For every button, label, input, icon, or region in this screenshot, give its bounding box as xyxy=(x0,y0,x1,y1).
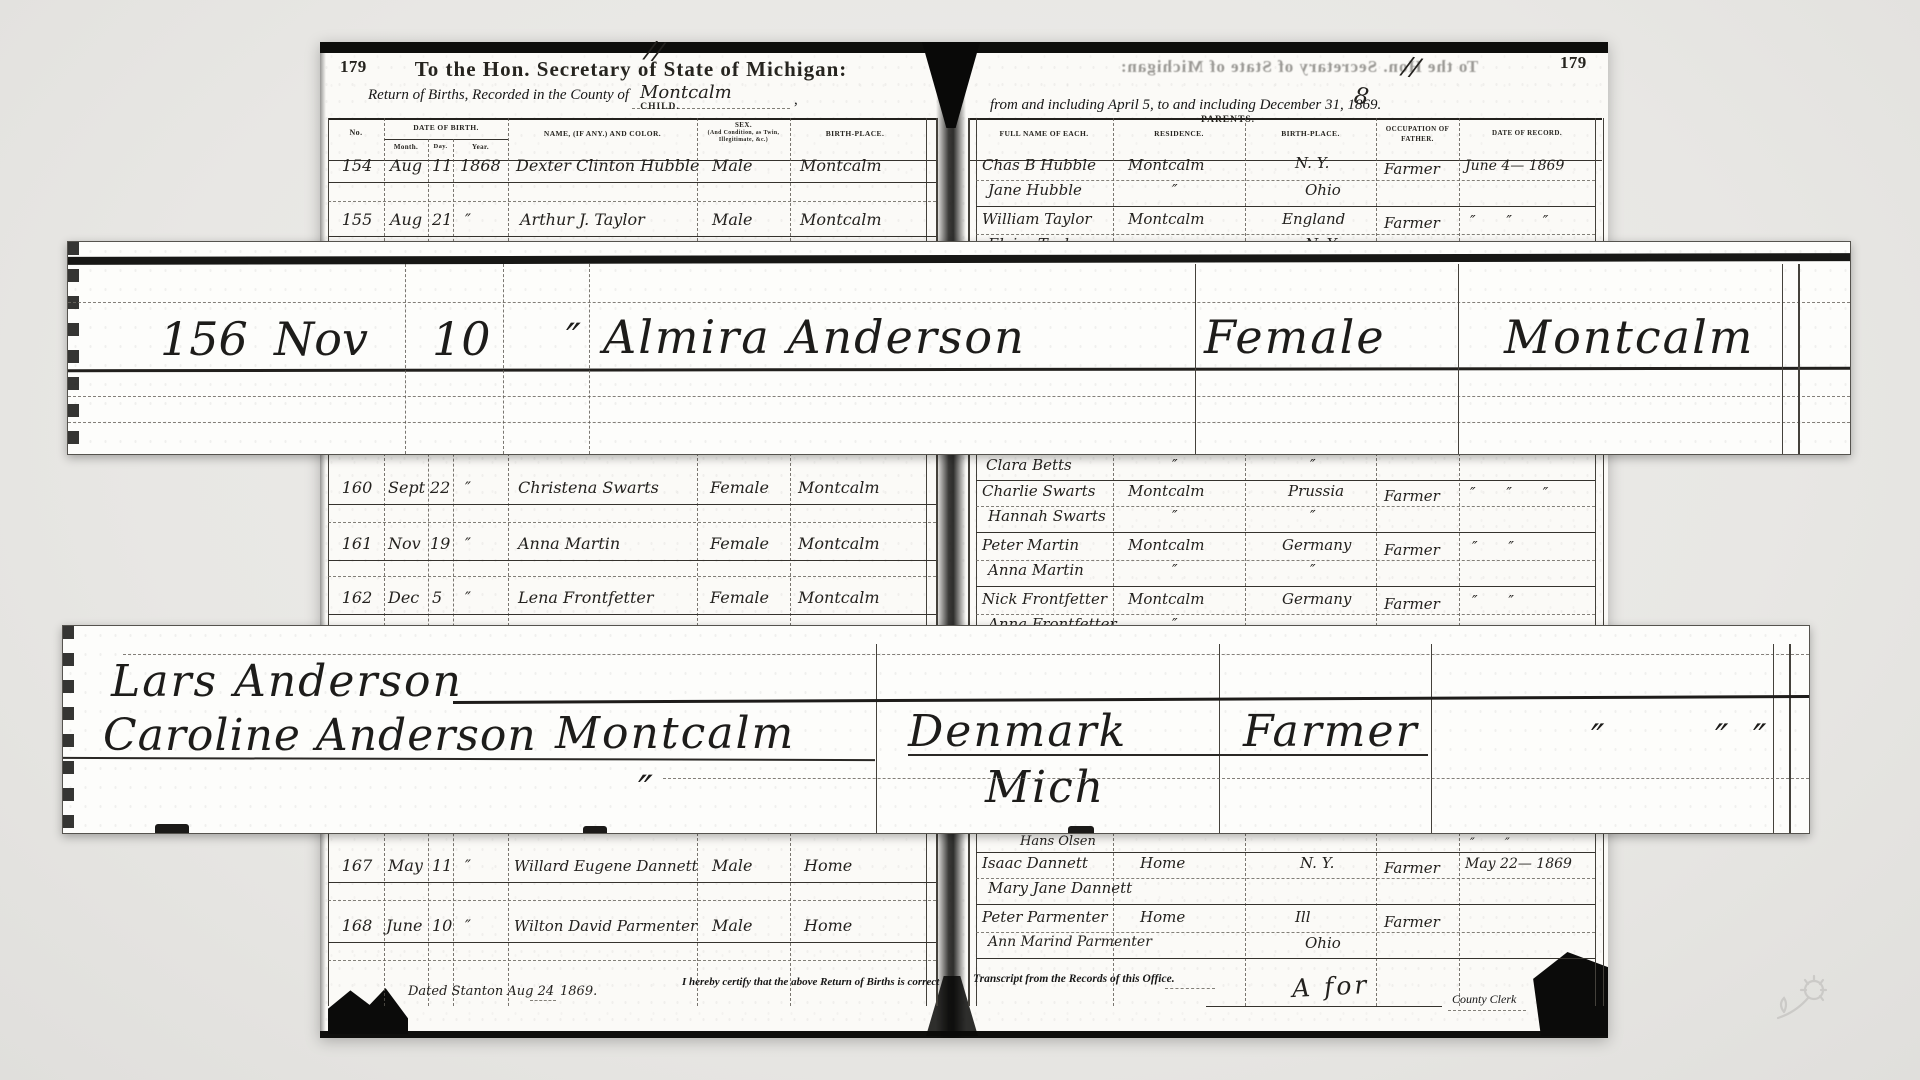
row-161-birthplace-m: ″ xyxy=(1310,561,1316,579)
row-162-occupation: Farmer xyxy=(1384,595,1440,613)
col-header-sex-2: (And Condition, as Twin, xyxy=(697,130,790,136)
rule-line xyxy=(976,614,1595,615)
row-155-month: Aug xyxy=(390,210,422,229)
strip2-record-q3: ″ xyxy=(1753,718,1766,759)
col-header-no: No. xyxy=(328,128,384,137)
row-167-residence-f: Home xyxy=(1140,854,1185,872)
strip2-residence-ditto: ″ xyxy=(638,768,653,814)
right-page-number: 179 xyxy=(1560,53,1587,73)
row-155-birthplace: Montcalm xyxy=(800,210,882,229)
row-168-year: ″ xyxy=(465,916,471,935)
row-162-month: Dec xyxy=(388,588,419,607)
row-166-record: ″ ″ xyxy=(1470,836,1510,851)
book-fold-top-wedge xyxy=(918,42,984,128)
col-header-day: Day. xyxy=(428,143,453,150)
row-168-name: Wilton David Parmenter xyxy=(514,917,697,935)
rule-line xyxy=(328,560,936,561)
row-154-month: Aug xyxy=(390,156,422,175)
row-168-birthplace: Home xyxy=(804,916,852,935)
row-160-sex: Female xyxy=(710,478,769,497)
magnifier-strip-child-row: 156 Nov 10 ″ Almira Anderson Female Mont… xyxy=(67,241,1851,455)
row-161-year: ″ xyxy=(465,534,471,553)
strip2-record-q2: ″ xyxy=(1715,718,1728,759)
strip1-month: Nov xyxy=(274,312,368,366)
row-162-record: ″ ″ xyxy=(1472,592,1514,610)
row-160-residence-f: Montcalm xyxy=(1128,482,1204,500)
row-167-month: May xyxy=(388,856,423,875)
clerk-label: County Clerk xyxy=(1452,992,1516,1007)
row-160-name: Christena Swarts xyxy=(518,478,659,497)
row-160-year: ″ xyxy=(465,478,471,497)
left-page-title: To the Hon. Secretary of State of Michig… xyxy=(348,57,914,82)
row-168-sex: Male xyxy=(712,916,753,935)
row-154-day: 11 xyxy=(432,156,452,175)
row-168-birthplace-f: Ill xyxy=(1295,908,1311,926)
rule-line xyxy=(976,532,1595,533)
register-document: 179 // To the Hon. Secretary of State of… xyxy=(320,42,1608,1038)
rule-line xyxy=(976,586,1595,587)
rule-line xyxy=(328,942,936,943)
rule-line xyxy=(530,1000,556,1001)
row-161-record: ″ ″ xyxy=(1472,538,1514,556)
dated-year: 1869. xyxy=(560,984,597,999)
row-167-record: May 22— 1869 xyxy=(1465,856,1572,872)
strip2-father: Lars Anderson xyxy=(111,656,463,707)
col-header-fullname: FULL NAME OF EACH. xyxy=(975,129,1113,138)
rule-line xyxy=(908,754,1428,756)
row-160-birthplace-f: Prussia xyxy=(1288,482,1344,500)
rule-line xyxy=(328,900,936,901)
row-162-birthplace-f: Germany xyxy=(1282,590,1351,608)
row-161-month: Nov xyxy=(388,534,421,553)
binding-edge-marks xyxy=(63,626,74,833)
row-154-mother: Jane Hubble xyxy=(988,181,1082,199)
row-167-day: 11 xyxy=(432,856,452,875)
dated-script: Dated Stanton Aug 24 xyxy=(408,984,554,999)
row-159-residence-m: ″ xyxy=(1172,456,1178,474)
col-header-residence: RESIDENCE. xyxy=(1113,129,1245,138)
return-line-prefix: Return of Births, Recorded in the County… xyxy=(368,87,629,104)
magnifier-strip-parents-row: Lars Anderson Caroline Anderson Montcalm… xyxy=(62,625,1810,834)
row-161-residence-m: ″ xyxy=(1172,561,1178,579)
row-168-residence-f: Home xyxy=(1140,908,1185,926)
row-154-name: Dexter Clinton Hubble xyxy=(516,156,700,175)
row-154-birthplace-f: N. Y. xyxy=(1295,154,1329,172)
rule-line xyxy=(976,904,1595,905)
rule-line xyxy=(976,180,1595,181)
rule-line xyxy=(663,778,1809,779)
row-162-year: ″ xyxy=(465,588,471,607)
row-154-occupation: Farmer xyxy=(1384,160,1440,178)
book-fold-band xyxy=(936,42,966,1038)
rule-line xyxy=(68,422,1850,423)
rule-line xyxy=(328,182,936,183)
rule-line xyxy=(68,367,1850,372)
row-168-father: Peter Parmenter xyxy=(982,908,1108,926)
row-160-month: Sept xyxy=(388,478,425,497)
rule-line xyxy=(968,118,1602,120)
row-168-birthplace-m: Ohio xyxy=(1305,934,1341,952)
grid-line xyxy=(1219,644,1220,833)
row-167-occupation: Farmer xyxy=(1384,859,1440,877)
row-162-no: 162 xyxy=(330,588,384,607)
row-154-record: June 4— 1869 xyxy=(1465,158,1564,174)
col-header-occupation-2: FATHER. xyxy=(1376,135,1459,143)
rule-line xyxy=(68,302,1850,303)
row-168-mother: Ann Marind Parmenter xyxy=(988,934,1152,950)
strip2-record-q1: ″ xyxy=(1591,718,1604,759)
col-header-dob: DATE OF BIRTH. xyxy=(384,123,508,132)
row-160-birthplace-m: ″ xyxy=(1310,507,1316,525)
strip1-year-ditto: ″ xyxy=(566,316,581,362)
scan-blob-bottom-right xyxy=(1530,952,1608,1036)
parents-section-label: PARENTS. xyxy=(1178,115,1278,125)
strip2-mother: Caroline Anderson xyxy=(103,710,537,761)
strip2-birthplace-mother: Mich xyxy=(985,762,1105,813)
rule-line xyxy=(976,480,1595,481)
row-155-no: 155 xyxy=(330,210,384,229)
row-161-residence-f: Montcalm xyxy=(1128,536,1204,554)
row-167-birthplace-f: N. Y. xyxy=(1300,854,1334,872)
grid-line xyxy=(876,644,877,833)
strip1-day: 10 xyxy=(432,312,491,366)
rule-line xyxy=(976,958,1595,959)
strip1-sex: Female xyxy=(1204,310,1386,364)
date-range-line: from and including April 5, to and inclu… xyxy=(990,97,1381,114)
col-header-year: Year. xyxy=(453,143,508,151)
col-header-occupation-1: OCCUPATION OF xyxy=(1376,125,1459,133)
row-162-name: Lena Frontfetter xyxy=(518,588,654,607)
rule-line xyxy=(976,234,1595,235)
row-155-year: ″ xyxy=(465,210,471,229)
row-167-no: 167 xyxy=(330,856,384,875)
row-162-sex: Female xyxy=(710,588,769,607)
grid-line xyxy=(503,264,504,454)
cutoff-stroke xyxy=(1068,826,1094,833)
rule-line xyxy=(453,695,1809,703)
rule-line xyxy=(976,206,1595,207)
row-168-day: 10 xyxy=(432,916,452,935)
row-161-father: Peter Martin xyxy=(982,536,1079,554)
grid-line xyxy=(1195,264,1196,454)
rule-line xyxy=(328,236,936,237)
rule-line xyxy=(123,654,1809,655)
row-161-name: Anna Martin xyxy=(518,534,620,553)
watermark-leaf-ornament-icon xyxy=(1770,968,1832,1026)
row-168-month: June xyxy=(386,916,423,935)
scan-blob-bottom-left xyxy=(328,978,408,1034)
row-155-father: William Taylor xyxy=(982,210,1092,228)
row-154-birthplace: Montcalm xyxy=(800,156,882,175)
child-section-label: CHILD. xyxy=(615,102,705,112)
county-name-script: Montcalm xyxy=(640,82,732,103)
row-155-birthplace-f: England xyxy=(1282,210,1345,228)
rule-line xyxy=(976,878,1595,879)
rule-line xyxy=(328,576,936,577)
rule-line xyxy=(328,118,936,120)
row-159-mother: Clara Betts xyxy=(986,456,1072,474)
rule-line xyxy=(976,560,1595,561)
row-167-mother: Mary Jane Dannett xyxy=(988,879,1132,897)
rule-line xyxy=(384,139,508,140)
row-161-mother: Anna Martin xyxy=(988,561,1084,579)
row-161-no: 161 xyxy=(330,534,384,553)
grid-line xyxy=(1789,644,1791,833)
col-header-name: NAME, (IF ANY.) AND COLOR. xyxy=(508,129,697,138)
return-line-comma: , xyxy=(794,92,798,109)
grid-line xyxy=(1458,264,1459,454)
mirrored-bleedthrough-title: To the Hon. Secretary of State of Michig… xyxy=(1038,57,1560,77)
row-160-occupation: Farmer xyxy=(1384,487,1440,505)
row-161-birthplace: Montcalm xyxy=(798,534,880,553)
rule-line xyxy=(976,852,1595,853)
grid-line xyxy=(405,264,406,454)
row-155-residence-f: Montcalm xyxy=(1128,210,1204,228)
row-160-day: 22 xyxy=(430,478,450,497)
grid-line xyxy=(1773,644,1774,833)
pen-slashes-right: // xyxy=(1401,51,1423,82)
grid-line xyxy=(1431,644,1432,833)
rule-line xyxy=(328,960,936,961)
row-154-residence-m: ″ xyxy=(1172,181,1178,199)
row-161-sex: Female xyxy=(710,534,769,553)
row-162-birthplace: Montcalm xyxy=(798,588,880,607)
cutoff-stroke xyxy=(583,826,607,833)
row-160-residence-m: ″ xyxy=(1172,507,1178,525)
rule-line xyxy=(328,504,936,505)
row-155-day: 21 xyxy=(432,210,452,229)
row-162-day: 5 xyxy=(432,588,442,607)
col-header-birthplace-right: BIRTH-PLACE. xyxy=(1245,129,1376,138)
row-167-sex: Male xyxy=(712,856,753,875)
rule-line xyxy=(68,253,1850,265)
row-161-day: 19 xyxy=(430,534,450,553)
row-155-occupation: Farmer xyxy=(1384,214,1440,232)
row-161-birthplace-f: Germany xyxy=(1282,536,1351,554)
strip1-name: Almira Anderson xyxy=(603,310,1026,364)
row-161-occupation: Farmer xyxy=(1384,541,1440,559)
certify-text: I hereby certify that the above Return o… xyxy=(682,976,939,988)
strip1-no: 156 xyxy=(160,312,248,366)
col-header-month: Month. xyxy=(384,143,428,151)
rule-line xyxy=(976,932,1595,933)
grid-line xyxy=(1782,264,1783,454)
row-167-name: Willard Eugene Dannett xyxy=(514,857,698,875)
grid-line xyxy=(1798,264,1800,454)
clerk-signature: A for xyxy=(1291,970,1370,1003)
row-154-sex: Male xyxy=(712,156,753,175)
strip2-birthplace-father: Denmark xyxy=(908,706,1127,757)
row-167-father: Isaac Dannett xyxy=(982,854,1088,872)
row-160-mother: Hannah Swarts xyxy=(988,507,1106,525)
row-168-no: 168 xyxy=(330,916,384,935)
row-154-year: 1868 xyxy=(460,156,501,175)
rule-line xyxy=(328,614,936,615)
row-160-birthplace: Montcalm xyxy=(798,478,880,497)
rule-line xyxy=(976,506,1595,507)
row-155-record: ″ ″ ″ xyxy=(1470,212,1548,230)
row-167-year: ″ xyxy=(465,856,471,875)
row-155-sex: Male xyxy=(712,210,753,229)
rule-line xyxy=(328,882,936,883)
rule-line xyxy=(328,522,936,523)
col-header-record: DATE OF RECORD. xyxy=(1459,129,1595,137)
col-header-sex-3: Illegitimate, &c.) xyxy=(697,137,790,143)
rule-line xyxy=(68,396,1850,397)
col-header-birthplace-left: BIRTH-PLACE. xyxy=(790,129,920,138)
scan-left-edge xyxy=(320,53,326,1031)
cutoff-stroke xyxy=(155,824,189,833)
signature-line xyxy=(1206,1006,1442,1007)
row-154-no: 154 xyxy=(330,156,384,175)
row-154-residence-f: Montcalm xyxy=(1128,156,1204,174)
strip2-occupation: Farmer xyxy=(1243,706,1419,757)
row-160-record: ″ ″ ″ xyxy=(1470,484,1548,502)
rule-line xyxy=(1448,1010,1526,1011)
row-162-father: Nick Frontfetter xyxy=(982,590,1107,608)
row-155-name: Arthur J. Taylor xyxy=(520,210,645,229)
row-159-birthplace-m: ″ xyxy=(1310,456,1316,474)
row-168-occupation: Farmer xyxy=(1384,913,1440,931)
row-166-father: Hans Olsen xyxy=(1020,834,1096,849)
rule-line xyxy=(328,201,936,202)
col-header-sex-1: SEX. xyxy=(697,121,790,129)
grid-line xyxy=(589,264,590,454)
row-160-no: 160 xyxy=(330,478,384,497)
row-154-father: Chas B Hubble xyxy=(982,156,1096,174)
transcript-text: Transcript from the Records of this Offi… xyxy=(973,973,1175,985)
row-167-birthplace: Home xyxy=(804,856,852,875)
rule-line xyxy=(1165,988,1215,989)
row-160-father: Charlie Swarts xyxy=(982,482,1095,500)
strip2-residence: Montcalm xyxy=(555,708,795,759)
strip1-birthplace: Montcalm xyxy=(1504,310,1754,364)
viewer-stage: 179 // To the Hon. Secretary of State of… xyxy=(0,0,1920,1080)
row-162-residence-f: Montcalm xyxy=(1128,590,1204,608)
row-154-birthplace-m: Ohio xyxy=(1305,181,1341,199)
